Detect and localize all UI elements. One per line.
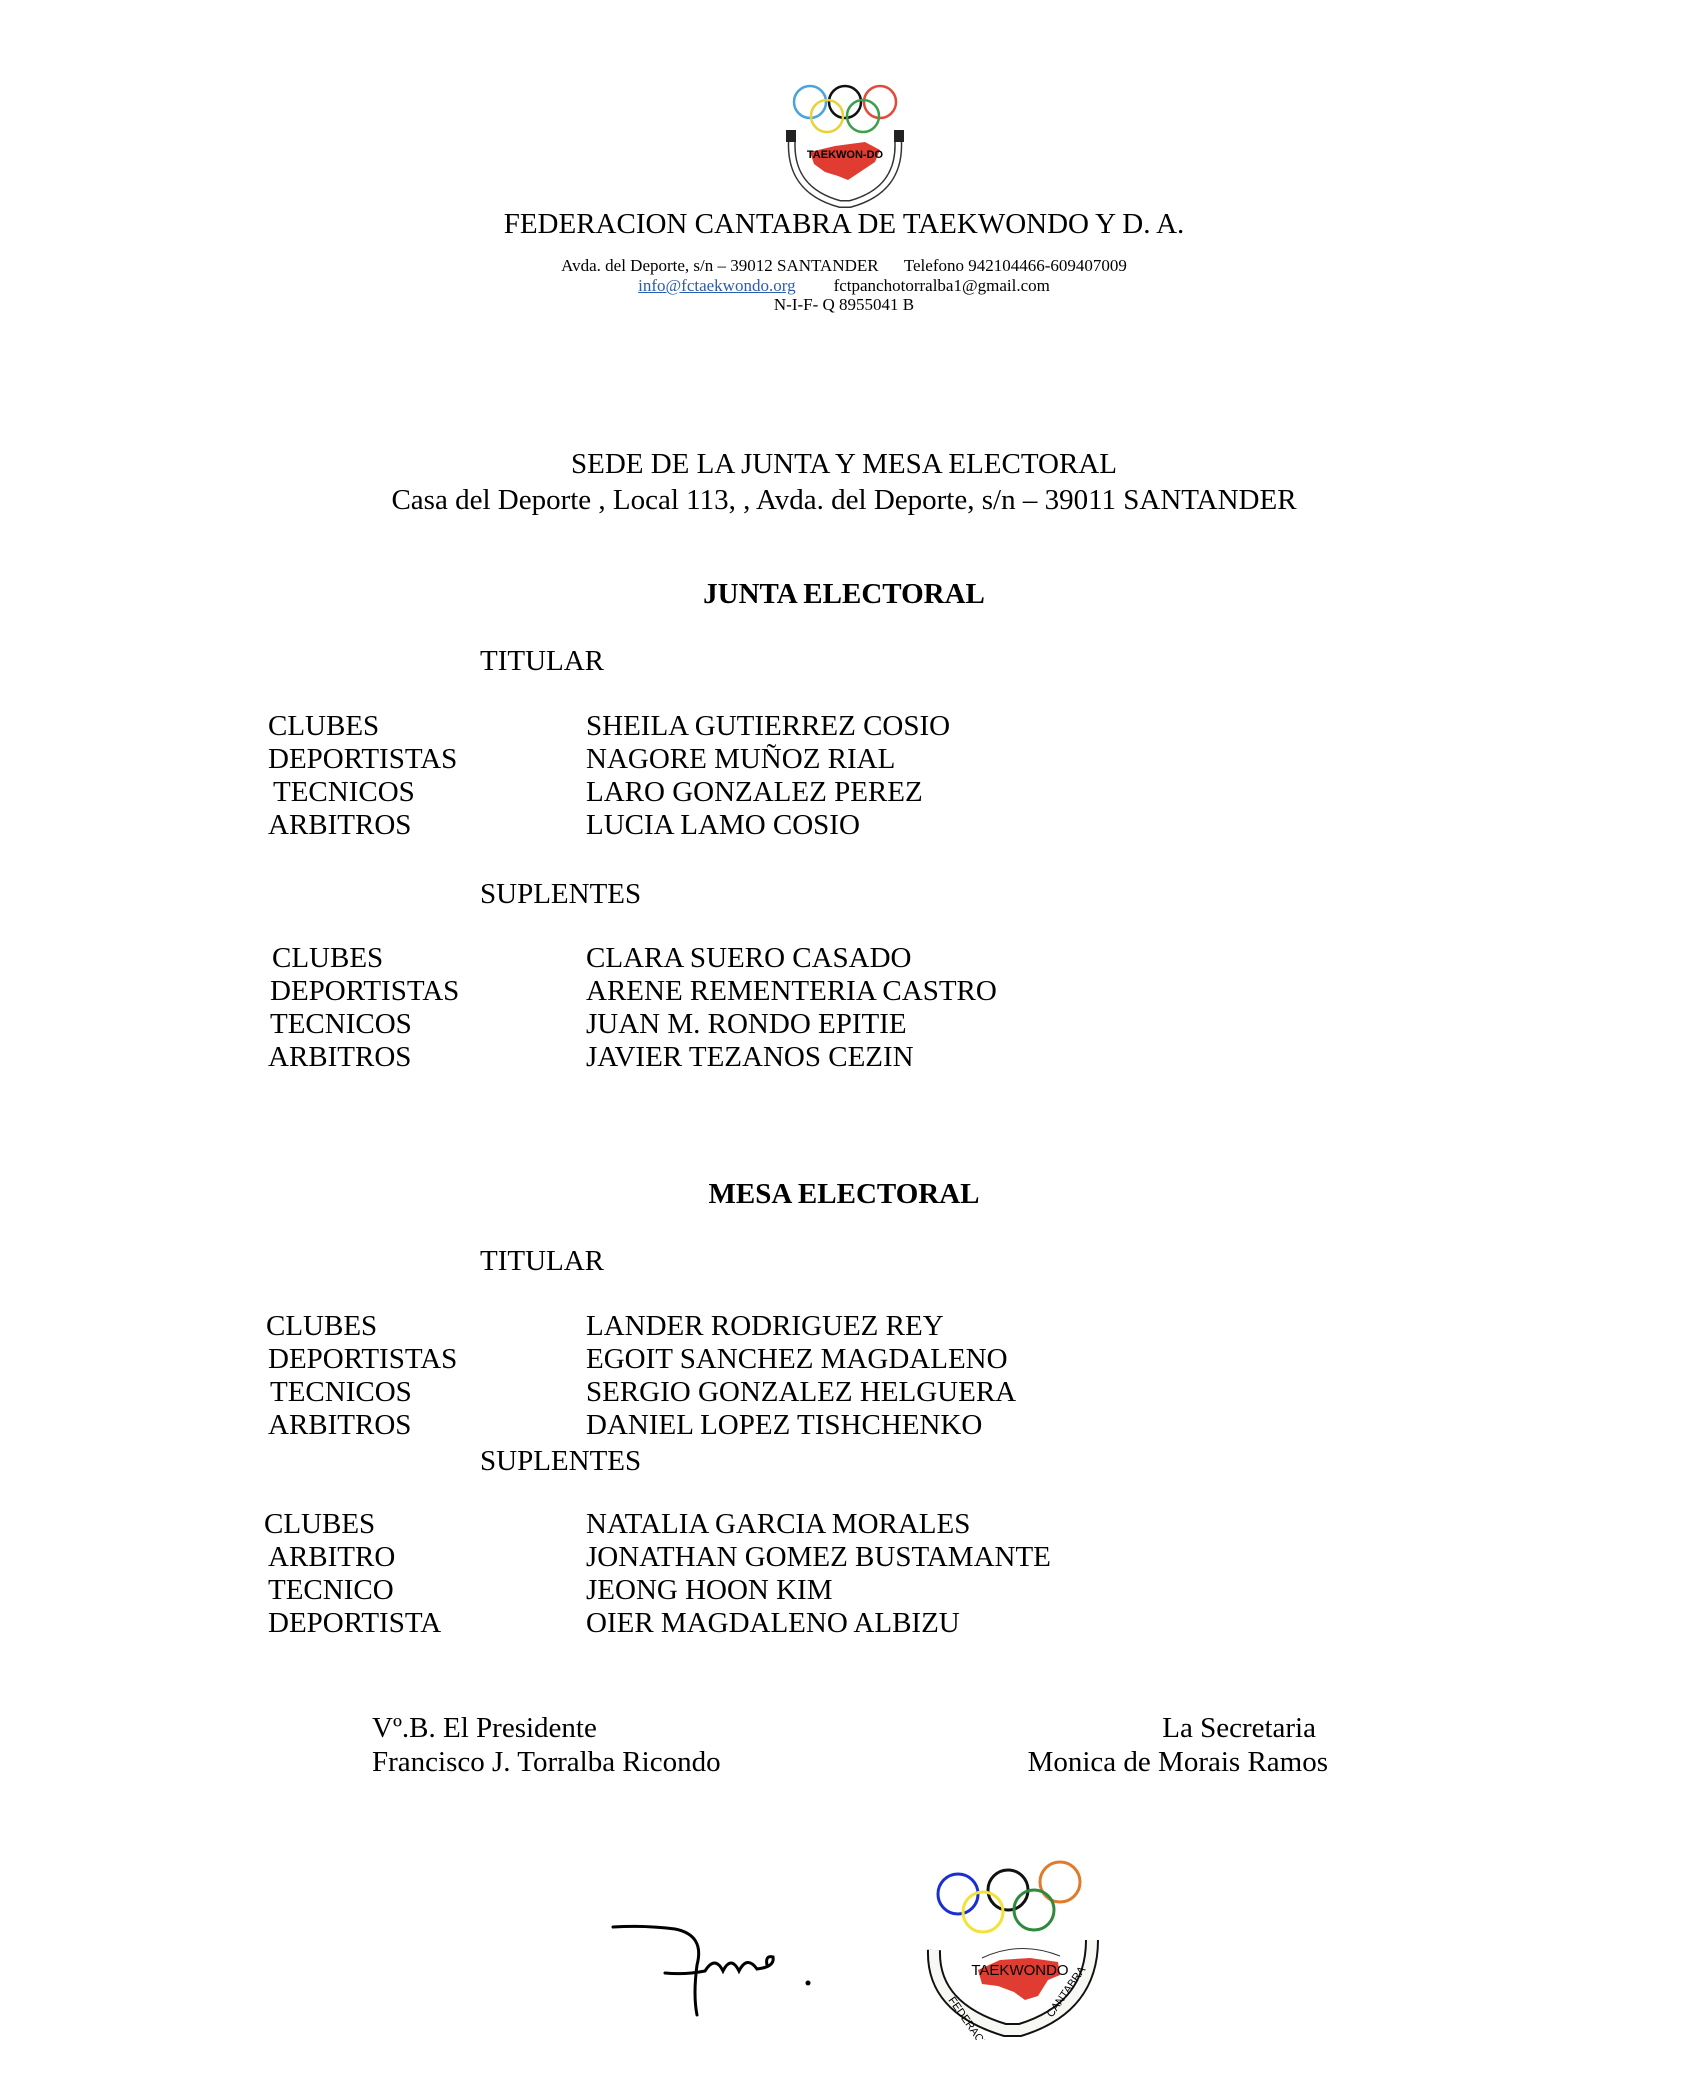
- member-role: TECNICOS: [270, 1008, 412, 1041]
- member-name: LARO GONZALEZ PEREZ: [586, 776, 923, 809]
- secretary-signature-block: La Secretaria Monica de Morais Ramos: [1010, 1711, 1328, 1779]
- junta-titular-label: TITULAR: [480, 645, 604, 678]
- address: Avda. del Deporte, s/n – 39012 SANTANDER: [561, 256, 879, 275]
- president-signature-block: Vº.B. El Presidente Francisco J. Torralb…: [372, 1711, 721, 1779]
- member-name: SERGIO GONZALEZ HELGUERA: [586, 1376, 1016, 1409]
- nif: N-I-F- Q 8955041 B: [0, 295, 1688, 315]
- member-name: LUCIA LAMO COSIO: [586, 809, 860, 842]
- member-name: CLARA SUERO CASADO: [586, 942, 912, 975]
- junta-electoral-title: JUNTA ELECTORAL: [0, 578, 1688, 611]
- member-role: ARBITROS: [268, 1409, 411, 1442]
- email-secondary: fctpanchotorralba1@gmail.com: [834, 276, 1050, 295]
- phone: Telefono 942104466-609407009: [904, 256, 1127, 275]
- member-name: ARENE REMENTERIA CASTRO: [586, 975, 997, 1008]
- organization-name: FEDERACION CANTABRA DE TAEKWONDO Y D. A.: [0, 208, 1688, 241]
- svg-text:TAEKWON-DO: TAEKWON-DO: [807, 149, 884, 161]
- member-role: CLUBES: [268, 710, 379, 743]
- member-role: ARBITROS: [268, 1041, 411, 1074]
- federation-logo-icon: TAEKWON-DO: [780, 80, 910, 210]
- member-name: NAGORE MUÑOZ RIAL: [586, 743, 895, 776]
- member-name: JEONG HOON KIM: [586, 1574, 833, 1607]
- member-name: EGOIT SANCHEZ MAGDALENO: [586, 1343, 1008, 1376]
- venue-address: Casa del Deporte , Local 113, , Avda. de…: [0, 482, 1688, 518]
- member-role: DEPORTISTAS: [270, 975, 459, 1008]
- member-role: TECNICOS: [270, 1376, 412, 1409]
- svg-text:TAEKWONDO: TAEKWONDO: [971, 1962, 1068, 1979]
- president-title: Vº.B. El Presidente: [372, 1711, 721, 1745]
- member-role: CLUBES: [266, 1310, 377, 1343]
- member-role: DEPORTISTAS: [268, 1343, 457, 1376]
- member-role: CLUBES: [272, 942, 383, 975]
- member-role: CLUBES: [264, 1508, 375, 1541]
- member-name: SHEILA GUTIERREZ COSIO: [586, 710, 950, 743]
- federation-stamp-icon: TAEKWONDO FEDERACION CANTABRA: [920, 1840, 1120, 2040]
- secretary-title: La Secretaria: [1010, 1711, 1328, 1745]
- president-name: Francisco J. Torralba Ricondo: [372, 1745, 721, 1779]
- handwritten-signature-icon: [605, 1915, 855, 2035]
- mesa-titular-label: TITULAR: [480, 1245, 604, 1278]
- venue-title: SEDE DE LA JUNTA Y MESA ELECTORAL: [0, 446, 1688, 482]
- member-name: OIER MAGDALENO ALBIZU: [586, 1607, 960, 1640]
- member-role: DEPORTISTA: [268, 1607, 441, 1640]
- member-role: ARBITRO: [268, 1541, 395, 1574]
- contact-address-line: Avda. del Deporte, s/n – 39012 SANTANDER…: [0, 256, 1688, 276]
- member-role: ARBITROS: [268, 809, 411, 842]
- member-name: DANIEL LOPEZ TISHCHENKO: [586, 1409, 982, 1442]
- secretary-name: Monica de Morais Ramos: [1010, 1745, 1328, 1779]
- member-role: TECNICOS: [273, 776, 415, 809]
- member-role: TECNICO: [268, 1574, 394, 1607]
- mesa-electoral-title: MESA ELECTORAL: [0, 1178, 1688, 1211]
- member-name: JAVIER TEZANOS CEZIN: [586, 1041, 914, 1074]
- member-role: DEPORTISTAS: [268, 743, 457, 776]
- member-name: NATALIA GARCIA MORALES: [586, 1508, 970, 1541]
- member-name: JUAN M. RONDO EPITIE: [586, 1008, 907, 1041]
- member-name: JONATHAN GOMEZ BUSTAMANTE: [586, 1541, 1051, 1574]
- email-primary-link[interactable]: info@fctaekwondo.org: [638, 276, 795, 295]
- mesa-suplentes-label: SUPLENTES: [480, 1445, 641, 1478]
- member-name: LANDER RODRIGUEZ REY: [586, 1310, 944, 1343]
- junta-suplentes-label: SUPLENTES: [480, 878, 641, 911]
- contact-email-line: info@fctaekwondo.orgfctpanchotorralba1@g…: [0, 276, 1688, 296]
